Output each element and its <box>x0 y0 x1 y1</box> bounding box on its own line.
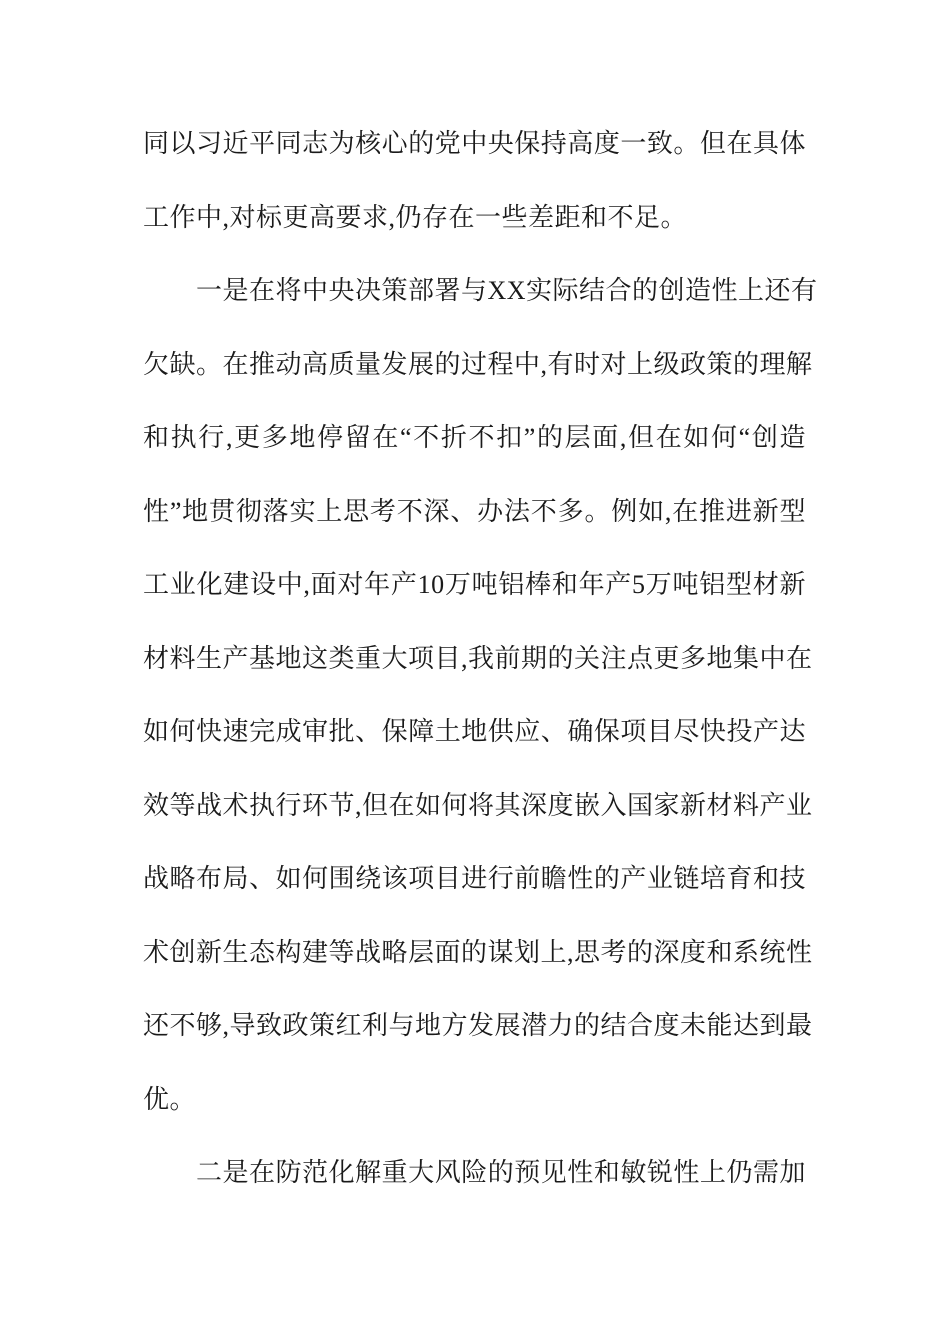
text-line: 战略布局、如何围绕该项目进行前瞻性的产业链培育和技 <box>143 842 806 916</box>
text-line: 工业化建设中,面对年产10万吨铝棒和年产5万吨铝型材新 <box>143 548 806 622</box>
text-line: 欠缺。在推动高质量发展的过程中,有时对上级政策的理解 <box>143 328 806 402</box>
text-line: 材料生产基地这类重大项目,我前期的关注点更多地集中在 <box>143 622 806 696</box>
text-line: 工作中,对标更高要求,仍存在一些差距和不足。 <box>143 181 806 255</box>
text-line: 优。 <box>143 1063 806 1137</box>
text-line: 和执行,更多地停留在“不折不扣”的层面,但在如何“创造 <box>143 401 806 475</box>
text-line: 效等战术执行环节,但在如何将其深度嵌入国家新材料产业 <box>143 769 806 843</box>
text-line: 二是在防范化解重大风险的预见性和敏锐性上仍需加 <box>143 1136 806 1210</box>
document-page: 同以习近平同志为核心的党中央保持高度一致。但在具体工作中,对标更高要求,仍存在一… <box>0 0 950 1344</box>
text-line: 一是在将中央决策部署与XX实际结合的创造性上还有 <box>143 254 806 328</box>
text-line: 性”地贯彻落实上思考不深、办法不多。例如,在推进新型 <box>143 475 806 549</box>
text-line: 还不够,导致政策红利与地方发展潜力的结合度未能达到最 <box>143 989 806 1063</box>
document-body: 同以习近平同志为核心的党中央保持高度一致。但在具体工作中,对标更高要求,仍存在一… <box>143 107 806 1210</box>
text-line: 同以习近平同志为核心的党中央保持高度一致。但在具体 <box>143 107 806 181</box>
text-line: 术创新生态构建等战略层面的谋划上,思考的深度和系统性 <box>143 916 806 990</box>
text-line: 如何快速完成审批、保障土地供应、确保项目尽快投产达 <box>143 695 806 769</box>
